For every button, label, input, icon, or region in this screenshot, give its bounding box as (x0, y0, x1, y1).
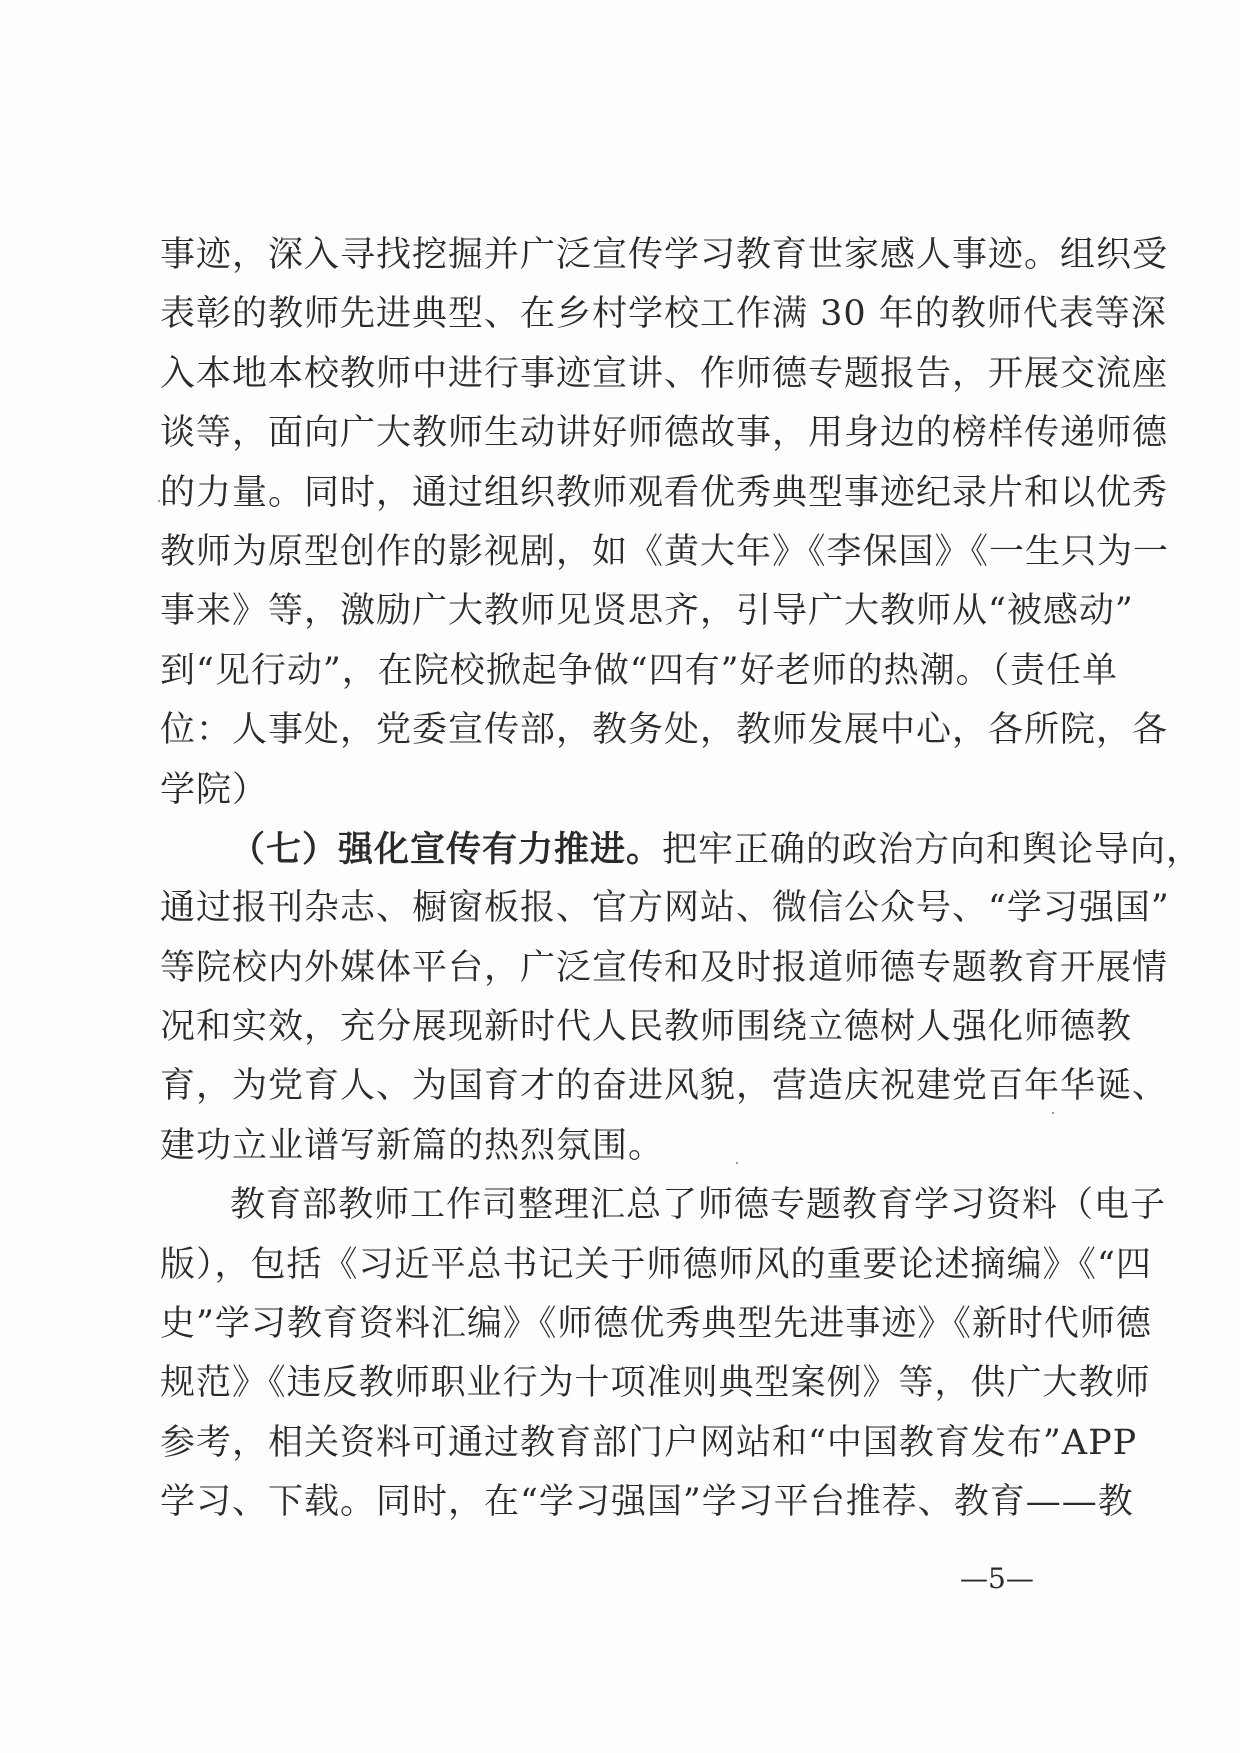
text-line: 教育部教师工作司整理汇总了师德专题教育学习资料（电子 (160, 1176, 1060, 1235)
text-line: 教师为原型创作的影视剧，如《黄大年》《李保国》《一生只为一 (160, 523, 1060, 582)
text-line: 事来》等，激励广大教师见贤思齐，引导广大教师从“被感动” (160, 582, 1060, 641)
text-span: 把牢正确的政治方向和舆论导向， (662, 830, 1202, 870)
document-page: 事迹，深入寻找挖掘并广泛宣传学习教育世家感人事迹。组织受 表彰的教师先进典型、在… (0, 0, 1240, 1753)
section-heading-line: （七）强化宣传有力推进。把牢正确的政治方向和舆论导向， (160, 820, 1060, 879)
text-line: 学习、下载。同时，在“学习强国”学习平台推荐、教育——教 (160, 1473, 1060, 1532)
text-line: 版），包括《习近平总书记关于师德师风的重要论述摘编》《“四 (160, 1236, 1060, 1295)
text-line: 学院） (160, 761, 1060, 820)
text-line: 事迹，深入寻找挖掘并广泛宣传学习教育世家感人事迹。组织受 (160, 226, 1060, 285)
text-line: 表彰的教师先进典型、在乡村学校工作满 30 年的教师代表等深 (160, 285, 1060, 344)
text-line: 史”学习教育资料汇编》《师德优秀典型先进事迹》《新时代师德 (160, 1295, 1060, 1354)
body-text: 事迹，深入寻找挖掘并广泛宣传学习教育世家感人事迹。组织受 表彰的教师先进典型、在… (160, 226, 1060, 1533)
text-line: 的力量。同时，通过组织教师观看优秀典型事迹纪录片和以优秀 (160, 464, 1060, 523)
text-line: 规范》《违反教师职业行为十项准则典型案例》等，供广大教师 (160, 1354, 1060, 1413)
page-number: —5— (960, 1562, 1034, 1595)
text-line: 参考，相关资料可通过教育部门户网站和“中国教育发布”APP (160, 1414, 1060, 1473)
text-line: 谈等，面向广大教师生动讲好师德故事，用身边的榜样传递师德 (160, 404, 1060, 463)
section-heading: （七）强化宣传有力推进。 (230, 829, 662, 870)
text-line: 入本地本校教师中进行事迹宣讲、作师德专题报告，开展交流座 (160, 345, 1060, 404)
text-line: 建功立业谱写新篇的热烈氛围。 (160, 1117, 1060, 1176)
scan-speck (1052, 1112, 1054, 1114)
scan-speck (736, 1162, 738, 1164)
text-line: 位：人事处，党委宣传部，教务处，教师发展中心，各所院，各 (160, 701, 1060, 760)
text-line: 况和实效，充分展现新时代人民教师围绕立德树人强化师德教 (160, 998, 1060, 1057)
scan-speck (158, 500, 160, 502)
text-line: 育，为党育人、为国育才的奋进风貌，营造庆祝建党百年华诞、 (160, 1057, 1060, 1116)
text-line: 等院校内外媒体平台，广泛宣传和及时报道师德专题教育开展情 (160, 939, 1060, 998)
text-line: 通过报刊杂志、橱窗板报、官方网站、微信公众号、“学习强国” (160, 879, 1060, 938)
text-line: 到“见行动”，在院校掀起争做“四有”好老师的热潮。（责任单 (160, 642, 1060, 701)
